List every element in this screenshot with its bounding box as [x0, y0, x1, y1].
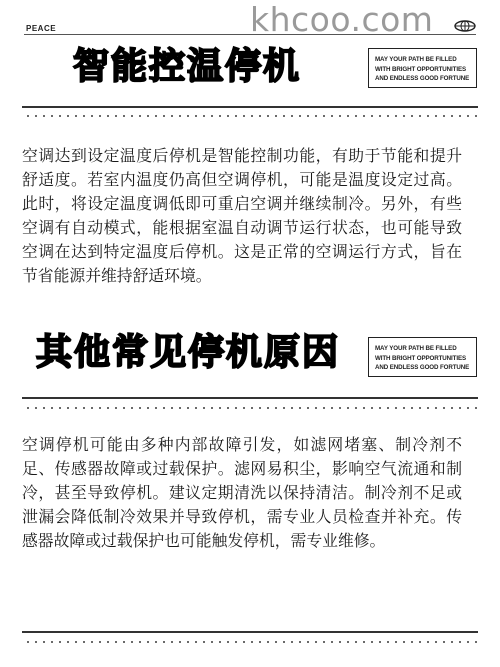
brand-label: PEACE — [26, 24, 56, 33]
section-title-2: 其他常见停机原因 — [36, 331, 340, 375]
watermark-text: khcoo.com — [250, 2, 433, 38]
motto-line: MAY YOUR PATH BE FILLED — [375, 55, 470, 65]
dotted-divider-2 — [24, 407, 478, 409]
motto-line: AND ENDLESS GOOD FORTUNE — [375, 363, 470, 373]
motto-box-2: MAY YOUR PATH BE FILLED WITH BRIGHT OPPO… — [368, 337, 477, 377]
footer-dotted-divider — [24, 641, 478, 643]
header-divider — [24, 34, 476, 35]
globe-icon — [454, 20, 476, 32]
section-divider-2 — [22, 397, 478, 399]
section-body-1: 空调达到设定温度后停机是智能控制功能，有助于节能和提升舒适度。若室内温度仍高但空… — [22, 144, 462, 288]
section-divider-1 — [22, 106, 478, 108]
motto-line: WITH BRIGHT OPPORTUNITIES — [375, 354, 470, 364]
motto-line: MAY YOUR PATH BE FILLED — [375, 344, 470, 354]
motto-line: WITH BRIGHT OPPORTUNITIES — [375, 65, 470, 75]
motto-box-1: MAY YOUR PATH BE FILLED WITH BRIGHT OPPO… — [368, 48, 477, 88]
motto-line: AND ENDLESS GOOD FORTUNE — [375, 74, 470, 84]
section-body-2: 空调停机可能由多种内部故障引发，如滤网堵塞、制冷剂不足、传感器故障或过载保护。滤… — [22, 433, 462, 553]
footer-divider — [22, 631, 478, 633]
section-title-1: 智能控温停机 — [73, 45, 301, 89]
dotted-divider-1 — [24, 115, 478, 117]
